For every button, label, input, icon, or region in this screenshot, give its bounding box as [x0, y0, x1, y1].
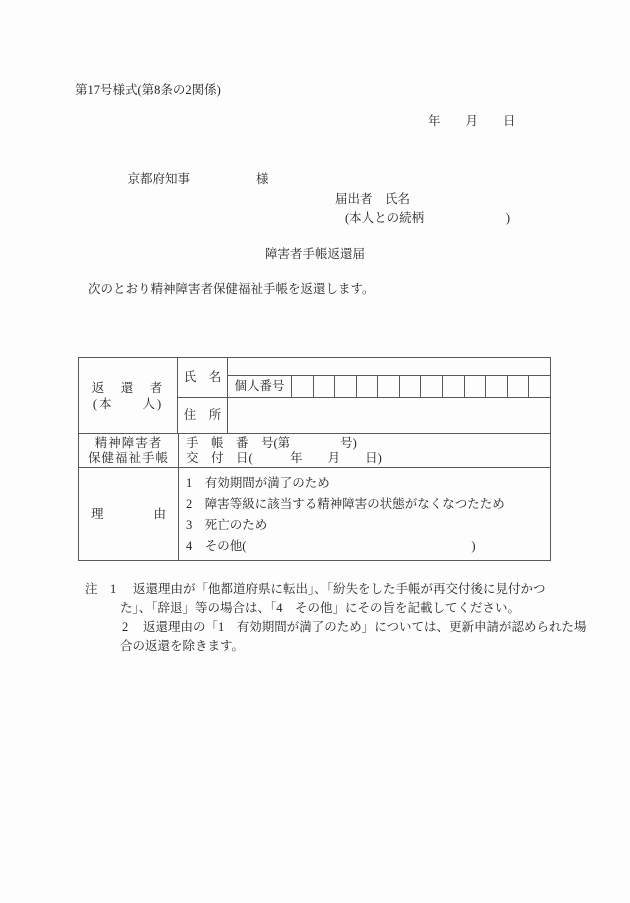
- relation-close: ): [506, 211, 510, 225]
- personal-number-box[interactable]: [291, 376, 313, 397]
- personal-number-box[interactable]: [356, 376, 378, 397]
- personal-number-box[interactable]: [507, 376, 529, 397]
- form-number: 第17号様式(第8条の2関係): [75, 83, 221, 97]
- personal-number-box[interactable]: [313, 376, 335, 397]
- reason-item-3[interactable]: 3 死亡のため: [186, 515, 550, 536]
- handbook-detail-cell: 手 帳 番 号(第 号) 交 付 日( 年 月 日): [179, 434, 550, 468]
- returner-header-cell: 返 還 者 (本 人): [79, 358, 178, 434]
- personal-number-box[interactable]: [528, 376, 550, 397]
- addressee-honorific: 様: [256, 172, 269, 186]
- name-entry-field[interactable]: [228, 358, 550, 376]
- relation-open: (本人との続柄: [345, 211, 424, 225]
- address-entry-field[interactable]: [228, 398, 550, 434]
- personal-number-box[interactable]: [420, 376, 442, 397]
- note2-line1: 返還理由の「1 有効期間が満了のため」については、更新申請が認められた場: [143, 620, 587, 634]
- handbook-number-line[interactable]: 手 帳 番 号(第 号): [186, 436, 550, 450]
- personal-number-row: 個人番号: [228, 376, 550, 398]
- name-header-cell: 氏 名: [178, 358, 228, 398]
- note1-line1: 返還理由が「他都道府県に転出」、「紛失をした手帳が再交付後に見付かつ: [133, 582, 546, 596]
- personal-number-box[interactable]: [377, 376, 399, 397]
- note2-number: 2: [122, 620, 128, 634]
- relation-line: (本人との続柄 ): [345, 211, 510, 225]
- personal-number-box[interactable]: [485, 376, 507, 397]
- document-page: 第17号様式(第8条の2関係) 年 月 日 京都府知事様 届出者 氏名 (本人と…: [0, 0, 630, 903]
- personal-number-label: 個人番号: [228, 376, 291, 397]
- declarer-label: 届出者 氏名: [335, 192, 410, 206]
- issue-date-line[interactable]: 交 付 日( 年 月 日): [186, 451, 550, 465]
- address-header-cell: 住 所: [178, 398, 228, 434]
- note2-line2: 合の返還を除きます。: [120, 639, 244, 653]
- handbook-header-cell: 精神障害者 保健福祉手帳: [79, 434, 179, 468]
- note-mark: 注: [85, 582, 98, 596]
- handbook-label-line2: 保健福祉手帳: [79, 451, 178, 465]
- personal-number-boxes: [291, 376, 550, 397]
- reason-item-1[interactable]: 1 有効期間が満了のため: [186, 473, 550, 494]
- page-title: 障害者手帳返還届: [0, 247, 630, 261]
- personal-number-box[interactable]: [334, 376, 356, 397]
- reason-header-cell: 理 由: [79, 468, 179, 560]
- return-form-table: 返 還 者 (本 人) 氏 名 住 所 個人番号 精神障害者 保健福祉手帳 手 …: [78, 357, 551, 561]
- personal-number-box[interactable]: [399, 376, 421, 397]
- returner-label-line2: (本 人): [79, 396, 177, 412]
- returner-label-line1: 返 還 者: [79, 380, 177, 396]
- handbook-label-line1: 精神障害者: [79, 436, 178, 450]
- personal-number-box[interactable]: [464, 376, 486, 397]
- note1-number: 1: [110, 582, 116, 596]
- addressee-name: 京都府知事: [128, 172, 191, 186]
- note1-line2: た」、「辞退」等の場合は、「4 その他」にその旨を記載してください。: [120, 601, 520, 615]
- addressee-row: 京都府知事様: [115, 158, 269, 201]
- reason-list-cell: 1 有効期間が満了のため 2 障害等級に該当する精神障害の状態がなくなつたため …: [179, 468, 550, 560]
- reason-item-2[interactable]: 2 障害等級に該当する精神障害の状態がなくなつたため: [186, 494, 550, 515]
- personal-number-box[interactable]: [442, 376, 464, 397]
- intro-sentence: 次のとおり精神障害者保健福祉手帳を返還します。: [88, 282, 375, 296]
- date-line: 年 月 日: [428, 114, 516, 128]
- reason-item-4[interactable]: 4 その他( ): [186, 536, 550, 557]
